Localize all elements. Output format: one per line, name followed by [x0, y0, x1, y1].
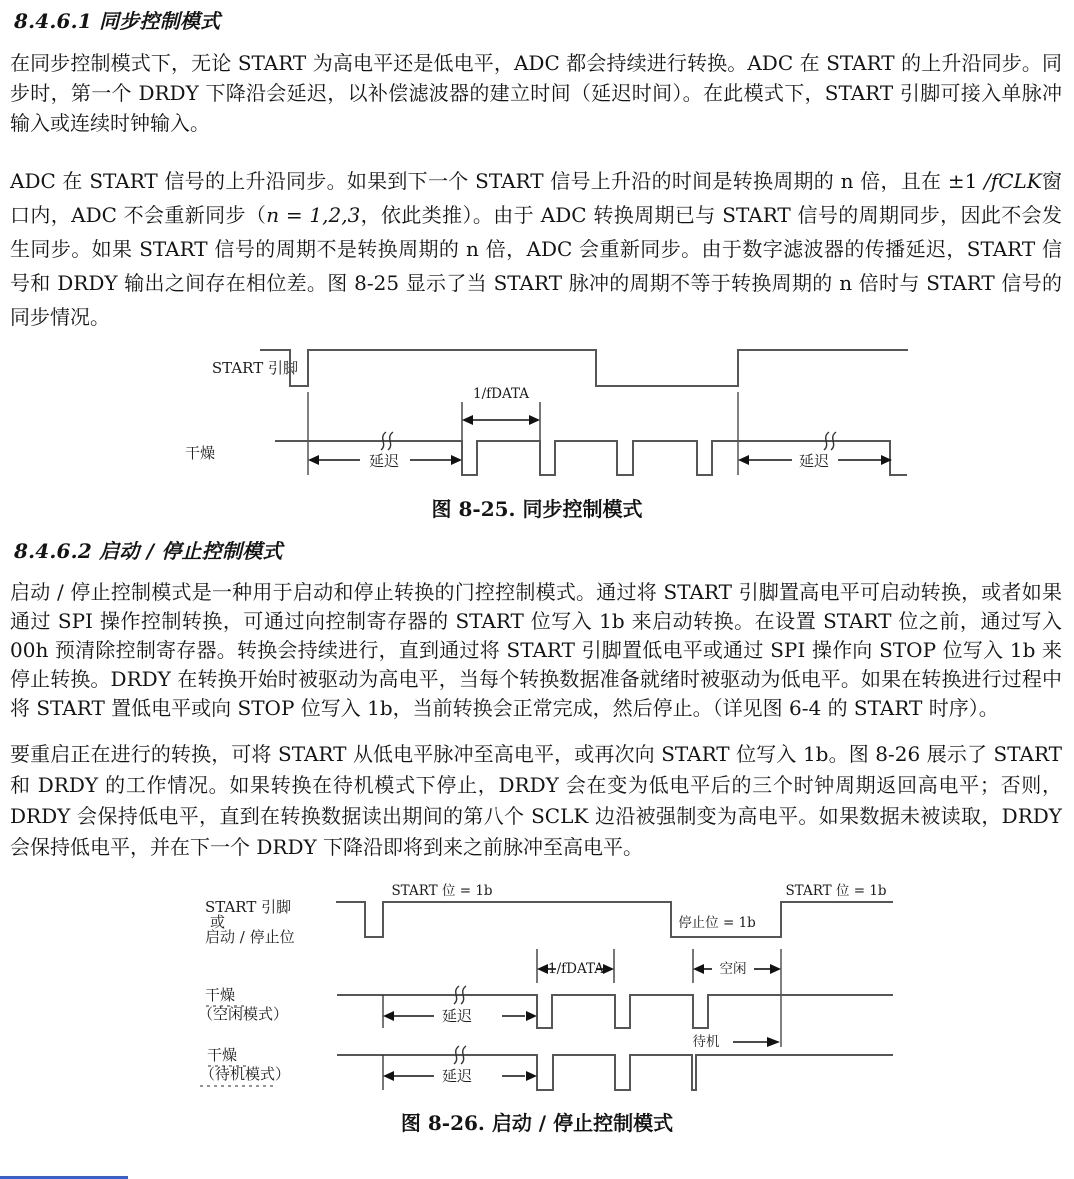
fig25-delay-right-label: 延迟	[799, 452, 829, 470]
section-heading-8462: 8.4.6.2 启动 / 停止控制模式	[14, 538, 1064, 564]
section-heading-8461: 8.4.6.1 同步控制模式	[14, 8, 1064, 34]
figure-8-25-timing-diagram: START 引脚 干燥 1/fDATA 延迟 延迟	[10, 342, 1074, 494]
document-page: 8.4.6.1 同步控制模式 在同步控制模式下，无论 START 为高电平还是低…	[0, 8, 1074, 1136]
fig26-drdy-standby-label-1: 干燥	[207, 1046, 237, 1064]
fig26-standby-delay-arrowhead-l	[383, 1071, 394, 1081]
fig25-fdata-label: 1/fDATA	[473, 386, 529, 402]
fig26-standby-arrowhead	[767, 1037, 780, 1047]
fig26-drdy-standby-label-2: （待机模式）	[200, 1065, 290, 1083]
fig25-delay-left-arrowhead-r	[451, 455, 462, 465]
fig26-start-bit-label-left: START 位 = 1b	[391, 883, 492, 899]
paragraph-sync-mode-detail: ADC 在 START 信号的上升沿同步。如果到下一个 START 信号上升沿的…	[10, 164, 1062, 334]
fig25-delay-left-label: 延迟	[369, 452, 399, 470]
fig25-fdata-arrowhead-right	[529, 415, 540, 425]
figure-8-25-caption: 图 8-25. 同步控制模式	[10, 496, 1064, 522]
fig26-start-bit-label-right: START 位 = 1b	[785, 883, 886, 899]
fig26-drdy-idle-label-2: （空闲模式）	[198, 1005, 288, 1023]
fig26-idle-label: 空闲	[720, 960, 747, 977]
fig26-stop-bit-label: 停止位 = 1b	[678, 915, 756, 931]
fig26-fdata-label: 1/fDATA	[548, 961, 604, 977]
paragraph-sync-mode-intro: 在同步控制模式下，无论 START 为高电平还是低电平，ADC 都会持续进行转换…	[10, 48, 1062, 138]
fig26-idle-delay-arrowhead-l	[383, 1011, 394, 1021]
fig26-start-stop-bit-label: 启动 / 停止位	[205, 928, 295, 946]
fig25-start-waveform	[260, 350, 908, 386]
fig26-idle-arrowhead-left	[693, 964, 704, 974]
fig25-drdy-label: 干燥	[185, 444, 215, 462]
figure-8-26-caption: 图 8-26. 启动 / 停止控制模式	[10, 1110, 1064, 1136]
fig26-standby-delay-label: 延迟	[442, 1067, 472, 1085]
figure-8-26-timing-diagram: START 引脚 或 启动 / 停止位 START 位 = 1b START 位…	[10, 879, 1074, 1104]
fig25-start-pin-label: START 引脚	[212, 359, 298, 377]
fig26-idle-arrowhead-right	[770, 964, 781, 974]
fig26-fdata-arrowhead-left	[537, 964, 548, 974]
fig26-fdata-arrowhead-right	[603, 964, 614, 974]
fig25-delay-left-arrowhead-l	[308, 455, 319, 465]
fig26-idle-delay-label: 延迟	[442, 1007, 472, 1025]
fig26-drdy-standby-waveform	[337, 1055, 893, 1090]
fig26-start-waveform	[336, 902, 893, 937]
fig26-standby-delay-arrowhead-r	[526, 1071, 537, 1081]
fig26-standby-label: 待机	[693, 1033, 721, 1050]
fig26-drdy-idle-label-1: 干燥	[205, 986, 235, 1004]
fig26-drdy-idle-waveform	[337, 995, 893, 1028]
fig25-delay-right-arrowhead-l	[738, 455, 749, 465]
paragraph-startstop-mode-intro: 启动 / 停止控制模式是一种用于启动和停止转换的门控控制模式。通过将 START…	[10, 578, 1062, 723]
fig26-idle-delay-arrowhead-r	[526, 1011, 537, 1021]
fig25-fdata-arrowhead-left	[462, 415, 473, 425]
paragraph-startstop-mode-detail: 要重启正在进行的转换，可将 START 从低电平脉冲至高电平，或再次向 STAR…	[10, 739, 1062, 863]
